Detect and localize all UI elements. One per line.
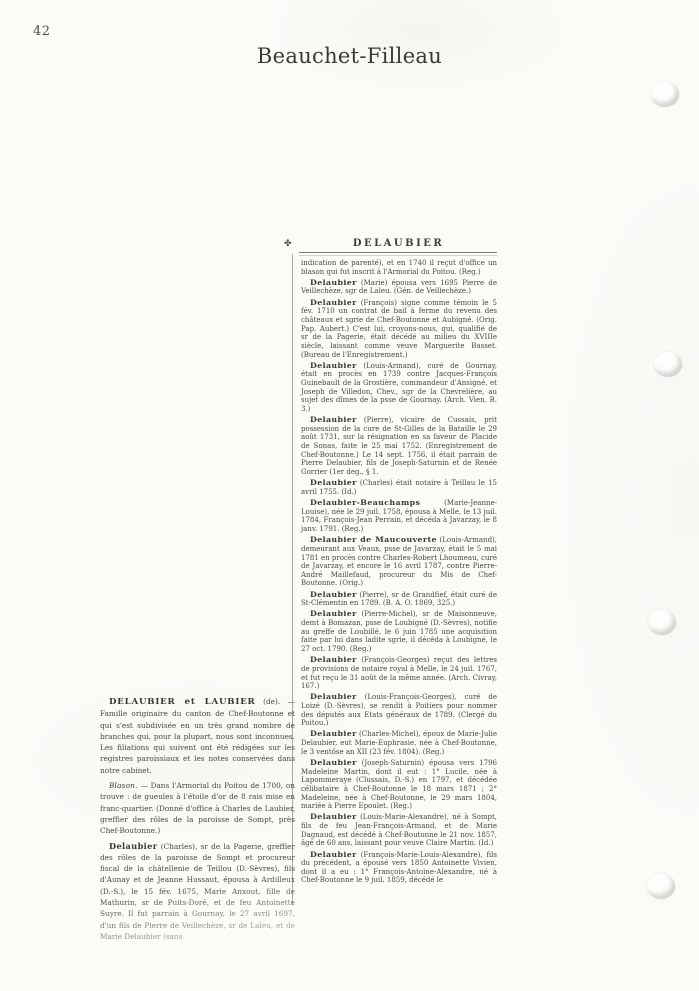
entry-lead: Delaubier — [310, 361, 357, 370]
entry-text: (de). — Famille originaire du canton de … — [100, 697, 295, 775]
entry-lead: Delaubier-Beauchamps — [310, 498, 420, 507]
entry-lead: Delaubier — [310, 278, 357, 287]
page-number: 42 — [33, 24, 51, 39]
entry-lead: Delaubier — [310, 298, 357, 307]
dictionary-entry: Delaubier (François) signe comme témoin … — [301, 299, 497, 360]
scanned-book-page: 42 Beauchet-Filleau ✤ DELAUBIER DELAUBIE… — [0, 0, 699, 991]
punch-hole-icon — [651, 82, 679, 107]
dictionary-entry: Delaubier (Charles), sr de la Pagerie, g… — [100, 841, 295, 943]
dictionary-entry: Delaubier de Maucouverte (Louis-Armand),… — [301, 536, 497, 588]
dictionary-entry: Delaubier (François-Georges) reçut des l… — [301, 656, 497, 691]
punch-hole-icon — [654, 352, 682, 377]
dictionary-entry: Delaubier (Louis-Marie-Alexandre), né à … — [301, 813, 497, 848]
entry-text: indication de parenté), et en 1740 il re… — [301, 259, 497, 276]
right-column: indication de parenté), et en 1740 il re… — [301, 259, 497, 888]
section-cross-icon: ✤ — [284, 239, 292, 249]
dictionary-entry: Delaubier (Marie) épousa vers 1695 Pierr… — [301, 279, 497, 296]
entry-lead: Delaubier — [310, 655, 357, 664]
entry-text: (Pierre), vicaire de Cussais, prit posse… — [301, 416, 497, 476]
dictionary-entry: Delaubier (François-Marie-Louis-Alexandr… — [301, 851, 497, 886]
entry-lead: Delaubier — [310, 415, 357, 424]
entry-text: (Joseph-Saturnin) épousa vers 1796 Madel… — [301, 759, 497, 810]
entry-text: (Louis-Armand), curé de Gournay, était e… — [301, 362, 497, 413]
entry-lead: Delaubier — [310, 478, 357, 487]
running-head-rule — [299, 252, 497, 256]
dictionary-entry: Delaubier (Pierre), vicaire de Cussais, … — [301, 416, 497, 477]
entry-lead: Delaubier — [310, 812, 357, 821]
entry-lead: Delaubier — [109, 841, 157, 851]
dictionary-entry: Delaubier-Beauchamps (Marie-Jeanne-Louis… — [301, 499, 497, 534]
left-column: DELAUBIER et LAUBIER (de). — Famille ori… — [100, 696, 295, 946]
entry-text: (Louis-Armand), demeurant aux Veaux, pss… — [301, 536, 497, 587]
entry-text: (Charles), sr de la Pagerie, greffier de… — [100, 842, 295, 941]
entry-continuation: indication de parenté), et en 1740 il re… — [301, 259, 497, 276]
punch-hole-icon — [648, 610, 676, 635]
dictionary-entry: Delaubier (Charles) était notaire à Teil… — [301, 479, 497, 496]
dictionary-entry: Delaubier (Charles-Michel), époux de Mar… — [301, 730, 497, 756]
dictionary-entry: Delaubier (Louis-Armand), curé de Gourna… — [301, 362, 497, 414]
entry-lead: Delaubier — [310, 590, 357, 599]
dictionary-entry: Delaubier (Pierre), sr de Grandfief, éta… — [301, 591, 497, 608]
entry-lead: Delaubier — [310, 758, 357, 767]
entry-lead: Delaubier — [310, 850, 357, 859]
dictionary-entry: Blason. — Dans l'Armorial du Poitou de 1… — [100, 780, 295, 836]
dictionary-entry: Delaubier (Louis-François-Georges), curé… — [301, 693, 497, 728]
entry-lead: Blason. — [109, 781, 138, 790]
entry-lead: Delaubier — [310, 609, 357, 618]
entry-lead: Delaubier — [310, 692, 357, 701]
dictionary-entry: Delaubier (Joseph-Saturnin) épousa vers … — [301, 759, 497, 811]
book-title: Beauchet-Filleau — [0, 44, 699, 68]
entry-text: (François) signe comme témoin le 5 fév. … — [301, 299, 497, 359]
dictionary-entry: DELAUBIER et LAUBIER (de). — Famille ori… — [100, 696, 295, 776]
entry-lead: Delaubier — [310, 729, 357, 738]
punch-hole-icon — [647, 874, 675, 899]
running-head: DELAUBIER — [300, 238, 497, 249]
entry-lead: DELAUBIER et LAUBIER — [109, 697, 256, 707]
dictionary-entry: Delaubier (Pierre-Michel), sr de Maisonn… — [301, 610, 497, 653]
entry-lead: Delaubier de Maucouverte — [310, 535, 437, 544]
